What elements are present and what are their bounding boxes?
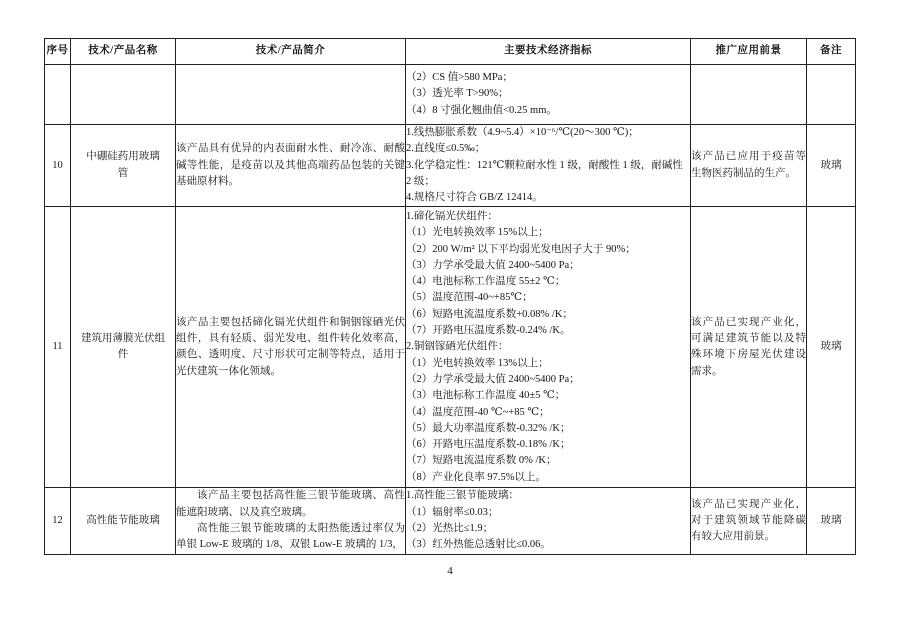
intro-cell bbox=[176, 65, 406, 125]
product-name-cell: 建筑用薄膜光伏组 件 bbox=[71, 207, 176, 488]
table-row-11: 11 建筑用薄膜光伏组 件 该产品主要包括碲化镉光伏组件和铜铟镓硒光伏组件，具有… bbox=[45, 207, 856, 488]
product-name-cell: 高性能节能玻璃 bbox=[71, 488, 176, 554]
prospect-cell: 该产品已应用于疫苗等生物医药制品的生产。 bbox=[691, 125, 807, 207]
remark-cell: 玻璃 bbox=[807, 125, 856, 207]
product-name-cell: 中硼硅药用玻璃 管 bbox=[71, 125, 176, 207]
row-number-cell: 12 bbox=[45, 488, 71, 554]
remark-cell bbox=[807, 65, 856, 125]
table-row-10: 10 中硼硅药用玻璃 管 该产品具有优异的内表面耐水性、耐冷冻、耐酸碱等性能，是… bbox=[45, 125, 856, 207]
column-header-remark: 备注 bbox=[807, 39, 856, 65]
remark-cell: 玻璃 bbox=[807, 207, 856, 488]
row-number-cell: 11 bbox=[45, 207, 71, 488]
indicators-cell: 1.高性能三银节能玻璃：（1）辐射率≤0.03；（2）光热比≤1.9；（3）红外… bbox=[406, 488, 691, 554]
column-header-name: 技术/产品名称 bbox=[71, 39, 176, 65]
column-header-indicators: 主要技术经济指标 bbox=[406, 39, 691, 65]
intro-cell: 该产品主要包括碲化镉光伏组件和铜铟镓硒光伏组件，具有轻质、弱光发电、组件转化效率… bbox=[176, 207, 406, 488]
table-row-continuation: （2）CS 值>580 MPa；（3）透光率 T>90%；（4）8 寸强化翘曲值… bbox=[45, 65, 856, 125]
indicators-cell: 1.碲化镉光伏组件：（1）光电转换效率 15%以上；（2）200 W/m² 以下… bbox=[406, 207, 691, 488]
product-name-cell bbox=[71, 65, 176, 125]
column-header-no: 序号 bbox=[45, 39, 71, 65]
intro-cell: 该产品具有优异的内表面耐水性、耐冷冻、耐酸碱等性能，是疫苗以及其他高端药品包装的… bbox=[176, 125, 406, 207]
indicators-cell: 1.线热膨胀系数（4.9~5.4）×10⁻⁶/℃(20～300 ℃)；2.直线度… bbox=[406, 125, 691, 207]
indicators-cell: （2）CS 值>580 MPa；（3）透光率 T>90%；（4）8 寸强化翘曲值… bbox=[406, 65, 691, 125]
prospect-cell bbox=[691, 65, 807, 125]
header-row: 序号 技术/产品名称 技术/产品简介 主要技术经济指标 推广应用前景 备注 bbox=[45, 39, 856, 65]
remark-cell: 玻璃 bbox=[807, 488, 856, 554]
page-number: 4 bbox=[0, 564, 900, 578]
prospect-cell: 该产品已实现产业化，对于建筑领域节能降碳有较大应用前景。 bbox=[691, 488, 807, 554]
row-number-cell: 10 bbox=[45, 125, 71, 207]
prospect-cell: 该产品已实现产业化，可满足建筑节能以及特殊环境下房屋光伏建设需求。 bbox=[691, 207, 807, 488]
catalog-table: 序号 技术/产品名称 技术/产品简介 主要技术经济指标 推广应用前景 备注 （2… bbox=[44, 38, 856, 555]
document-page: 序号 技术/产品名称 技术/产品简介 主要技术经济指标 推广应用前景 备注 （2… bbox=[0, 0, 900, 636]
column-header-intro: 技术/产品简介 bbox=[176, 39, 406, 65]
row-number-cell bbox=[45, 65, 71, 125]
table-row-12: 12 高性能节能玻璃 该产品主要包括高性能三银节能玻璃、高性能遮阳玻璃、以及真空… bbox=[45, 488, 856, 554]
column-header-prospect: 推广应用前景 bbox=[691, 39, 807, 65]
intro-cell: 该产品主要包括高性能三银节能玻璃、高性能遮阳玻璃、以及真空玻璃。高性能三银节能玻… bbox=[176, 488, 406, 554]
